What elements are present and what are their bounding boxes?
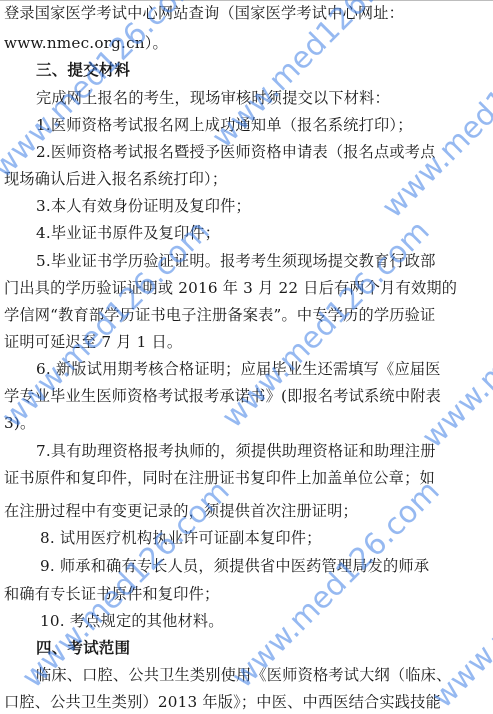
paragraph-line: 4.毕业证书原件及复印件； (36, 222, 489, 244)
document-page: 登录国家医学考试中心网站查询（国家医学考试中心网址：www.nmec.org.c… (0, 0, 493, 714)
paragraph-line: 和确有专长证书原件和复印件； (4, 583, 489, 605)
section-heading: 三、提交材料 (36, 59, 489, 81)
paragraph-line: 门出具的学历验证证明或 2016 年 3 月 22 日后有两个月有效期的 (4, 277, 489, 299)
paragraph-line: 临床、口腔、公共卫生类别使用《医师资格考试大纲（临床、 (36, 664, 489, 686)
paragraph-line: www.nmec.org.cn）。 (4, 32, 489, 54)
paragraph-line: 9. 师承和确有专长人员，须提供省中医药管理局发的师承 (40, 555, 489, 577)
paragraph-line: 8. 试用医疗机构执业许可证副本复印件； (40, 527, 489, 549)
paragraph-line: 学专业毕业生医师资格考试报考承诺书》(即报名考试系统中附表 (4, 385, 489, 407)
paragraph-line: 现场确认后进入报名系统打印）； (4, 168, 489, 190)
paragraph-line: 证书原件和复印件，同时在注册证书复印件上加盖单位公章；如 (4, 467, 489, 489)
paragraph-line: 3)。 (4, 412, 489, 434)
paragraph-line: 2.医师资格考试报名暨授予医师资格申请表（报名点或考点 (36, 141, 489, 163)
paragraph-line: 完成网上报名的考生，现场审核时须提交以下材料： (36, 87, 489, 109)
paragraph-line: 5.毕业证书学历验证证明。报考考生须现场提交教育行政部 (36, 250, 489, 272)
paragraph-line: 口腔、公共卫生类别）2013 年版》；中医、中西医结合实践技能 (4, 691, 489, 713)
paragraph-line: 登录国家医学考试中心网站查询（国家医学考试中心网址： (4, 2, 489, 24)
paragraph-line: 证明可延迟至 7 月 1 日。 (4, 331, 489, 353)
paragraph-line: 1.医师资格考试报名网上成功通知单（报名系统打印）； (36, 114, 489, 136)
paragraph-line: 10. 考点规定的其他材料。 (40, 610, 489, 632)
paragraph-line: 3.本人有效身份证明及复印件； (36, 195, 489, 217)
paragraph-line: 7.具有助理资格报考执师的，须提供助理资格证和助理注册 (36, 440, 489, 462)
paragraph-line: 学信网“教育部学历证书电子注册备案表”。中专学历的学历验证 (4, 304, 489, 326)
paragraph-line: 6. 新版试用期考核合格证明；应届毕业生还需填写《应届医 (36, 358, 489, 380)
paragraph-line: 在注册过程中有变更记录的，须提供首次注册证明； (4, 500, 489, 522)
section-heading: 四、考试范围 (36, 637, 489, 659)
